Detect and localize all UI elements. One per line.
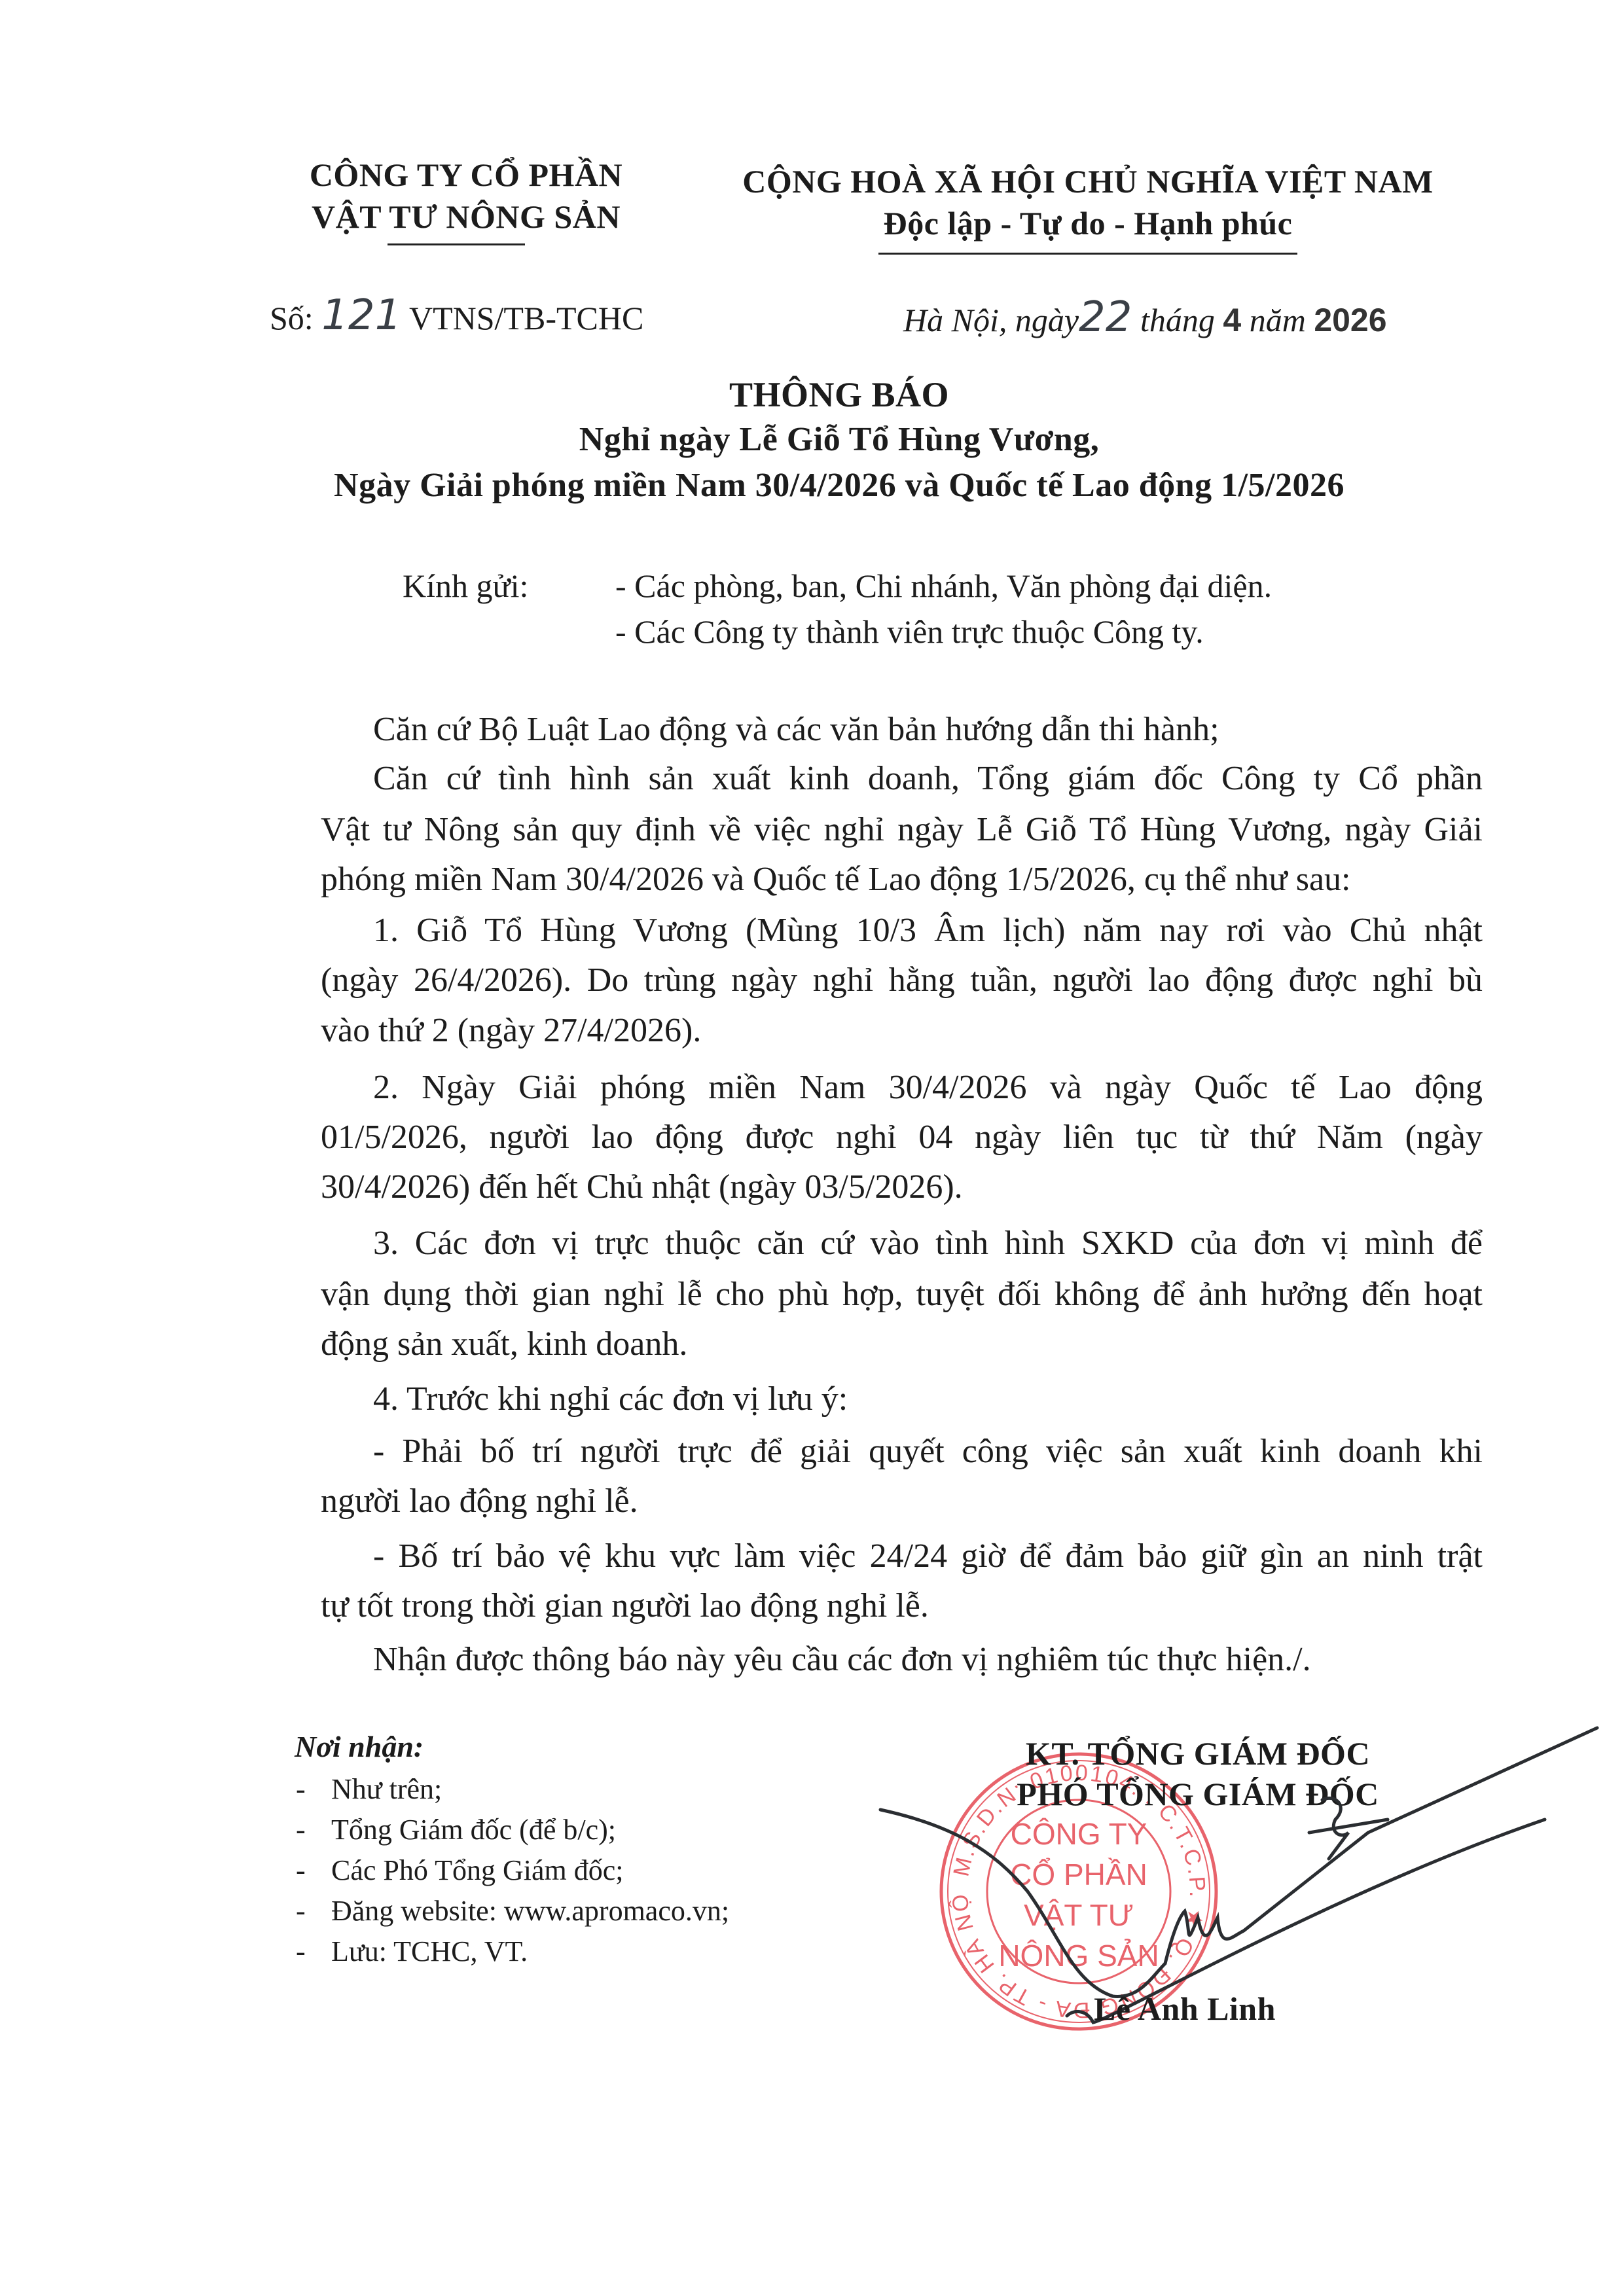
recipient-bullet: - <box>296 1854 306 1887</box>
company-underline <box>388 243 525 245</box>
body-line: 01/5/2026, người lao động được nghỉ 04 n… <box>321 1118 1483 1157</box>
date-day: 22 <box>1079 293 1132 342</box>
document-subtitle-2: Ngày Giải phóng miền Nam 30/4/2026 và Qu… <box>334 466 1344 505</box>
motto-underline <box>878 253 1297 255</box>
body-line: (ngày 26/4/2026). Do trùng ngày nghỉ hằn… <box>321 961 1483 1000</box>
national-title: CỘNG HOÀ XÃ HỘI CHỦ NGHĨA VIỆT NAM <box>742 162 1434 200</box>
date-prefix: Hà Nội, ngày <box>903 302 1079 338</box>
body-line: 3. Các đơn vị trực thuộc căn cứ vào tình… <box>373 1224 1483 1263</box>
recipient-item: Tổng Giám đốc (để b/c); <box>331 1813 616 1846</box>
body-line: - Bố trí bảo vệ khu vực làm việc 24/24 g… <box>373 1537 1483 1576</box>
recipient-item: Các Phó Tổng Giám đốc; <box>331 1854 623 1887</box>
body-line: 30/4/2026) đến hết Chủ nhật (ngày 03/5/2… <box>321 1168 1483 1207</box>
recipient-item: Đăng website: www.apromaco.vn; <box>331 1894 729 1928</box>
signer-name: Lê Anh Linh <box>1094 1990 1276 2028</box>
recipient-bullet: - <box>296 1935 306 1968</box>
addressee-item: - Các phòng, ban, Chi nhánh, Văn phòng đ… <box>615 567 1272 605</box>
body-line: phóng miền Nam 30/4/2026 và Quốc tế Lao … <box>321 860 1483 899</box>
date-year-label: năm <box>1250 302 1306 338</box>
document-title: THÔNG BÁO <box>729 374 949 415</box>
document-date: Hà Nội, ngày22 tháng 4 năm 2026 <box>903 293 1387 342</box>
body-line: tự tốt trong thời gian người lao động ng… <box>321 1587 1483 1626</box>
body-line: động sản xuất, kinh doanh. <box>321 1325 1483 1364</box>
body-line: người lao động nghỉ lễ. <box>321 1482 1483 1521</box>
recipient-item: Như trên; <box>331 1772 442 1806</box>
body-line: 4. Trước khi nghỉ các đơn vị lưu ý: <box>373 1380 1483 1419</box>
number-handwritten: 121 <box>321 291 401 340</box>
company-name-line1: CÔNG TY CỔ PHẦN <box>310 156 623 194</box>
body-line: Vật tư Nông sản quy định về việc nghỉ ng… <box>321 810 1483 850</box>
body-line: vận dụng thời gian nghỉ lễ cho phù hợp, … <box>321 1275 1483 1314</box>
body-line: vào thứ 2 (ngày 27/4/2026). <box>321 1011 1483 1050</box>
date-month-label: tháng <box>1140 302 1215 338</box>
recipient-item: Lưu: TCHC, VT. <box>331 1935 528 1968</box>
date-month: 4 <box>1223 302 1241 338</box>
body-line: Nhận được thông báo này yêu cầu các đơn … <box>373 1640 1483 1679</box>
number-prefix: Số: <box>270 300 314 336</box>
body-line: 2. Ngày Giải phóng miền Nam 30/4/2026 và… <box>373 1068 1483 1107</box>
body-line: Căn cứ tình hình sản xuất kinh doanh, Tổ… <box>373 759 1483 798</box>
national-motto: Độc lập - Tự do - Hạnh phúc <box>884 204 1293 242</box>
addressee-item: - Các Công ty thành viên trực thuộc Công… <box>615 613 1204 651</box>
body-line: Căn cứ Bộ Luật Lao động và các văn bản h… <box>373 710 1483 749</box>
body-line: 1. Giỗ Tổ Hùng Vương (Mùng 10/3 Âm lịch)… <box>373 911 1483 950</box>
body-line: - Phải bố trí người trực để giải quyết c… <box>373 1432 1483 1471</box>
document-subtitle-1: Nghỉ ngày Lễ Giỗ Tổ Hùng Vương, <box>579 420 1100 459</box>
recipient-bullet: - <box>296 1894 306 1928</box>
date-year: 2026 <box>1314 302 1386 338</box>
recipients-label: Nơi nhận: <box>295 1729 424 1764</box>
addressee-label: Kính gửi: <box>403 567 528 605</box>
company-name-line2: VẬT TƯ NÔNG SẢN <box>312 198 621 236</box>
recipient-bullet: - <box>296 1772 306 1806</box>
number-suffix: VTNS/TB-TCHC <box>409 300 643 336</box>
document-number: Số: 121 VTNS/TB-TCHC <box>270 291 643 340</box>
recipient-bullet: - <box>296 1813 306 1846</box>
